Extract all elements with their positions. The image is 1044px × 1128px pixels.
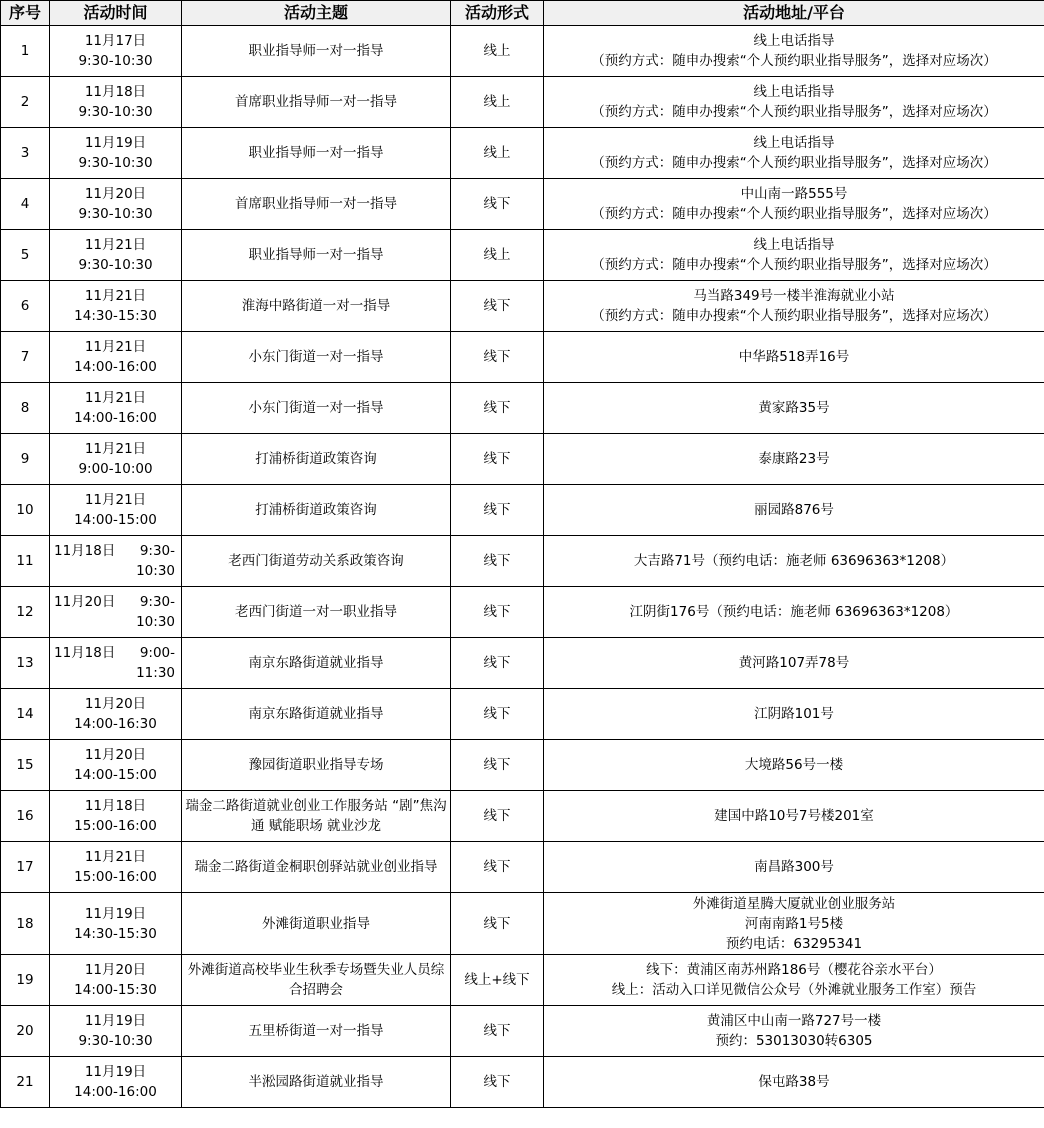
cell-topic: 职业指导师一对一指导 (182, 128, 451, 179)
cell-address: 泰康路23号 (544, 434, 1044, 485)
cell-address-line: 南昌路300号 (546, 857, 1042, 877)
table-row: 2111月19日14:00-16:00半淞园路街道就业指导线下保屯路38号 (1, 1057, 1044, 1108)
cell-no: 6 (1, 281, 50, 332)
cell-topic-text: 老西门街道劳动关系政策咨询 (184, 551, 448, 571)
cell-no: 8 (1, 383, 50, 434)
cell-format: 线下 (451, 179, 544, 230)
cell-time-range: 14:30-15:30 (52, 924, 179, 944)
cell-no: 17 (1, 842, 50, 893)
cell-address: 黄河路107弄78号 (544, 638, 1044, 689)
cell-topic: 职业指导师一对一指导 (182, 26, 451, 77)
table-row: 2011月19日9:30-10:30五里桥街道一对一指导线下黄浦区中山南一路72… (1, 1006, 1044, 1057)
cell-time-range: 9:30-10:30 (52, 102, 179, 122)
cell-time-range: 14:00-16:30 (52, 714, 179, 734)
cell-no: 1 (1, 26, 50, 77)
cell-topic-text: 小东门街道一对一指导 (184, 398, 448, 418)
cell-time: 11月19日9:30-10:30 (50, 1006, 182, 1057)
cell-address: 大境路56号一楼 (544, 740, 1044, 791)
cell-date: 11月19日 (52, 133, 179, 153)
cell-date: 11月18日 (52, 82, 179, 102)
cell-no: 15 (1, 740, 50, 791)
cell-address-line: 线上电话指导 (546, 82, 1042, 102)
cell-no: 11 (1, 536, 50, 587)
cell-topic-text: 首席职业指导师一对一指导 (184, 194, 448, 214)
cell-topic-text: 打浦桥街道政策咨询 (184, 500, 448, 520)
time-inline-block: 11月18日9:00-11:30 (52, 643, 179, 683)
cell-time: 11月20日9:30-10:30 (50, 587, 182, 638)
cell-date: 11月18日 (52, 643, 115, 663)
cell-topic: 豫园街道职业指导专场 (182, 740, 451, 791)
cell-topic: 南京东路街道就业指导 (182, 638, 451, 689)
cell-format: 线下 (451, 638, 544, 689)
cell-no: 13 (1, 638, 50, 689)
cell-topic-text: 淮海中路街道一对一指导 (184, 296, 448, 316)
cell-address: 中山南一路555号（预约方式：随申办搜索“个人预约职业指导服务”，选择对应场次） (544, 179, 1044, 230)
cell-topic-text: 首席职业指导师一对一指导 (184, 92, 448, 112)
cell-address: 南昌路300号 (544, 842, 1044, 893)
cell-topic: 首席职业指导师一对一指导 (182, 179, 451, 230)
cell-time: 11月19日9:30-10:30 (50, 128, 182, 179)
table-row: 1411月20日14:00-16:30南京东路街道就业指导线下江阴路101号 (1, 689, 1044, 740)
cell-no: 19 (1, 955, 50, 1006)
cell-date: 11月21日 (52, 235, 179, 255)
cell-date: 11月18日 (52, 541, 115, 561)
cell-time: 11月18日9:30-10:30 (50, 77, 182, 128)
cell-address: 黄浦区中山南一路727号一楼预约：53013030转6305 (544, 1006, 1044, 1057)
cell-address: 线上电话指导（预约方式：随申办搜索“个人预约职业指导服务”，选择对应场次） (544, 77, 1044, 128)
cell-topic-text: 五里桥街道一对一指导 (184, 1021, 448, 1041)
cell-topic-text: 瑞金二路街道就业创业工作服务站 “剧”焦沟通 赋能职场 就业沙龙 (184, 796, 448, 836)
header-format: 活动形式 (451, 1, 544, 26)
table-row: 911月21日9:00-10:00打浦桥街道政策咨询线下泰康路23号 (1, 434, 1044, 485)
cell-topic-text: 南京东路街道就业指导 (184, 653, 448, 673)
cell-address: 保屯路38号 (544, 1057, 1044, 1108)
cell-format: 线下 (451, 689, 544, 740)
cell-address-line: 黄河路107弄78号 (546, 653, 1042, 673)
cell-address: 黄家路35号 (544, 383, 1044, 434)
cell-time: 11月20日9:30-10:30 (50, 179, 182, 230)
cell-time-range: 14:00-15:00 (52, 510, 179, 530)
cell-topic-text: 老西门街道一对一职业指导 (184, 602, 448, 622)
cell-format: 线下 (451, 842, 544, 893)
cell-address: 江阴路101号 (544, 689, 1044, 740)
cell-address-line: （预约方式：随申办搜索“个人预约职业指导服务”，选择对应场次） (546, 255, 1042, 275)
cell-topic: 职业指导师一对一指导 (182, 230, 451, 281)
cell-time-range: 9:30-10:30 (52, 1031, 179, 1051)
table-row: 1011月21日14:00-15:00打浦桥街道政策咨询线下丽园路876号 (1, 485, 1044, 536)
cell-time: 11月21日9:00-10:00 (50, 434, 182, 485)
cell-time: 11月19日14:30-15:30 (50, 893, 182, 955)
cell-time-range: 9:30-10:30 (136, 594, 175, 630)
cell-time: 11月18日9:00-11:30 (50, 638, 182, 689)
cell-address: 中华路518弄16号 (544, 332, 1044, 383)
cell-date: 11月20日 (52, 694, 179, 714)
cell-time: 11月21日9:30-10:30 (50, 230, 182, 281)
table-row: 611月21日14:30-15:30淮海中路街道一对一指导线下马当路349号一楼… (1, 281, 1044, 332)
cell-topic: 五里桥街道一对一指导 (182, 1006, 451, 1057)
cell-format: 线上 (451, 26, 544, 77)
cell-address-line: 黄家路35号 (546, 398, 1042, 418)
cell-format: 线下 (451, 536, 544, 587)
table-row: 411月20日9:30-10:30首席职业指导师一对一指导线下中山南一路555号… (1, 179, 1044, 230)
cell-address-line: 保屯路38号 (546, 1072, 1042, 1092)
cell-time-range: 15:00-16:00 (52, 867, 179, 887)
header-row: 序号 活动时间 活动主题 活动形式 活动地址/平台 (1, 1, 1044, 26)
cell-topic-text: 职业指导师一对一指导 (184, 41, 448, 61)
cell-time-range: 14:00-16:00 (52, 408, 179, 428)
table-row: 811月21日14:00-16:00小东门街道一对一指导线下黄家路35号 (1, 383, 1044, 434)
cell-no: 14 (1, 689, 50, 740)
cell-date: 11月21日 (52, 490, 179, 510)
time-inline-block: 11月18日9:30-10:30 (52, 541, 179, 581)
cell-address-line: （预约方式：随申办搜索“个人预约职业指导服务”，选择对应场次） (546, 306, 1042, 326)
cell-time: 11月21日15:00-16:00 (50, 842, 182, 893)
cell-time-range: 9:30-10:30 (52, 204, 179, 224)
cell-address-line: 预约电话：63295341 (546, 934, 1042, 954)
cell-time: 11月21日14:00-15:00 (50, 485, 182, 536)
table-row: 1111月18日9:30-10:30老西门街道劳动关系政策咨询线下大吉路71号（… (1, 536, 1044, 587)
cell-format: 线下 (451, 791, 544, 842)
cell-time: 11月18日15:00-16:00 (50, 791, 182, 842)
cell-date: 11月21日 (52, 388, 179, 408)
cell-topic: 首席职业指导师一对一指导 (182, 77, 451, 128)
cell-time-range: 9:00-10:00 (52, 459, 179, 479)
cell-address-line: 外滩街道星腾大厦就业创业服务站 (546, 894, 1042, 914)
cell-format: 线下 (451, 332, 544, 383)
cell-no: 20 (1, 1006, 50, 1057)
cell-topic: 老西门街道劳动关系政策咨询 (182, 536, 451, 587)
cell-topic: 小东门街道一对一指导 (182, 383, 451, 434)
cell-address: 马当路349号一楼半淮海就业小站（预约方式：随申办搜索“个人预约职业指导服务”，… (544, 281, 1044, 332)
cell-address: 建国中路10号7号楼201室 (544, 791, 1044, 842)
cell-time-range: 14:00-16:00 (52, 1082, 179, 1102)
cell-time-range: 9:30-10:30 (52, 51, 179, 71)
cell-topic: 瑞金二路街道金桐职创驿站就业创业指导 (182, 842, 451, 893)
table-body: 111月17日9:30-10:30职业指导师一对一指导线上线上电话指导（预约方式… (1, 26, 1044, 1108)
cell-date: 11月19日 (52, 904, 179, 924)
cell-format: 线上 (451, 128, 544, 179)
cell-format: 线下 (451, 485, 544, 536)
cell-time-range: 9:30-10:30 (52, 153, 179, 173)
cell-address-line: 泰康路23号 (546, 449, 1042, 469)
cell-address-line: （预约方式：随申办搜索“个人预约职业指导服务”，选择对应场次） (546, 204, 1042, 224)
cell-time: 11月19日14:00-16:00 (50, 1057, 182, 1108)
table-row: 111月17日9:30-10:30职业指导师一对一指导线上线上电话指导（预约方式… (1, 26, 1044, 77)
cell-format: 线下 (451, 434, 544, 485)
cell-no: 12 (1, 587, 50, 638)
cell-time: 11月21日14:30-15:30 (50, 281, 182, 332)
cell-format: 线下 (451, 1057, 544, 1108)
cell-date: 11月17日 (52, 31, 179, 51)
cell-time: 11月20日14:00-15:30 (50, 955, 182, 1006)
cell-time-range: 9:30-10:30 (136, 543, 175, 579)
cell-no: 7 (1, 332, 50, 383)
cell-time: 11月20日14:00-15:00 (50, 740, 182, 791)
cell-address-line: 线上：活动入口详见微信公众号（外滩就业服务工作室）预告 (546, 980, 1042, 1000)
cell-topic: 外滩街道高校毕业生秋季专场暨失业人员综合招聘会 (182, 955, 451, 1006)
cell-date: 11月19日 (52, 1011, 179, 1031)
header-no: 序号 (1, 1, 50, 26)
cell-address: 线上电话指导（预约方式：随申办搜索“个人预约职业指导服务”，选择对应场次） (544, 230, 1044, 281)
cell-time-range: 14:00-15:00 (52, 765, 179, 785)
cell-topic-text: 豫园街道职业指导专场 (184, 755, 448, 775)
cell-no: 4 (1, 179, 50, 230)
cell-date: 11月21日 (52, 439, 179, 459)
cell-format: 线上 (451, 77, 544, 128)
cell-address: 线上电话指导（预约方式：随申办搜索“个人预约职业指导服务”，选择对应场次） (544, 26, 1044, 77)
cell-topic-text: 小东门街道一对一指导 (184, 347, 448, 367)
table-row: 1211月20日9:30-10:30老西门街道一对一职业指导线下江阴街176号（… (1, 587, 1044, 638)
cell-no: 2 (1, 77, 50, 128)
cell-format: 线下 (451, 383, 544, 434)
cell-address-line: 江阴街176号（预约电话：施老师 63696363*1208） (546, 602, 1042, 622)
cell-time-range: 9:30-10:30 (52, 255, 179, 275)
cell-address-line: 丽园路876号 (546, 500, 1042, 520)
cell-address-line: （预约方式：随申办搜索“个人预约职业指导服务”，选择对应场次） (546, 51, 1042, 71)
cell-time: 11月20日14:00-16:30 (50, 689, 182, 740)
table-row: 1311月18日9:00-11:30南京东路街道就业指导线下黄河路107弄78号 (1, 638, 1044, 689)
cell-topic: 老西门街道一对一职业指导 (182, 587, 451, 638)
cell-topic: 打浦桥街道政策咨询 (182, 485, 451, 536)
cell-topic: 瑞金二路街道就业创业工作服务站 “剧”焦沟通 赋能职场 就业沙龙 (182, 791, 451, 842)
cell-format: 线下 (451, 281, 544, 332)
cell-topic-text: 外滩街道高校毕业生秋季专场暨失业人员综合招聘会 (184, 960, 448, 1000)
cell-address-line: （预约方式：随申办搜索“个人预约职业指导服务”，选择对应场次） (546, 102, 1042, 122)
cell-address-line: 大境路56号一楼 (546, 755, 1042, 775)
cell-address-line: 线上电话指导 (546, 31, 1042, 51)
table-row: 711月21日14:00-16:00小东门街道一对一指导线下中华路518弄16号 (1, 332, 1044, 383)
cell-address: 大吉路71号（预约电话：施老师 63696363*1208） (544, 536, 1044, 587)
table-row: 1811月19日14:30-15:30外滩街道职业指导线下外滩街道星腾大厦就业创… (1, 893, 1044, 955)
cell-address-line: 建国中路10号7号楼201室 (546, 806, 1042, 826)
table-row: 1611月18日15:00-16:00瑞金二路街道就业创业工作服务站 “剧”焦沟… (1, 791, 1044, 842)
cell-address: 线上电话指导（预约方式：随申办搜索“个人预约职业指导服务”，选择对应场次） (544, 128, 1044, 179)
cell-topic-text: 半淞园路街道就业指导 (184, 1072, 448, 1092)
cell-topic-text: 职业指导师一对一指导 (184, 245, 448, 265)
table-row: 1711月21日15:00-16:00瑞金二路街道金桐职创驿站就业创业指导线下南… (1, 842, 1044, 893)
cell-time: 11月21日14:00-16:00 (50, 332, 182, 383)
cell-date: 11月19日 (52, 1062, 179, 1082)
time-inline-block: 11月20日9:30-10:30 (52, 592, 179, 632)
table-row: 311月19日9:30-10:30职业指导师一对一指导线上线上电话指导（预约方式… (1, 128, 1044, 179)
cell-address-line: 预约：53013030转6305 (546, 1031, 1042, 1051)
cell-address-line: 中山南一路555号 (546, 184, 1042, 204)
cell-address-line: 黄浦区中山南一路727号一楼 (546, 1011, 1042, 1031)
cell-format: 线下 (451, 893, 544, 955)
cell-address: 外滩街道星腾大厦就业创业服务站河南南路1号5楼预约电话：63295341 (544, 893, 1044, 955)
cell-time-range: 14:00-15:30 (52, 980, 179, 1000)
cell-address-line: 线上电话指导 (546, 133, 1042, 153)
cell-date: 11月20日 (52, 592, 115, 612)
cell-topic: 南京东路街道就业指导 (182, 689, 451, 740)
cell-date: 11月21日 (52, 847, 179, 867)
cell-address: 丽园路876号 (544, 485, 1044, 536)
cell-topic: 外滩街道职业指导 (182, 893, 451, 955)
cell-topic: 淮海中路街道一对一指导 (182, 281, 451, 332)
cell-address-line: 河南南路1号5楼 (546, 914, 1042, 934)
table-row: 211月18日9:30-10:30首席职业指导师一对一指导线上线上电话指导（预约… (1, 77, 1044, 128)
cell-no: 21 (1, 1057, 50, 1108)
cell-topic-text: 瑞金二路街道金桐职创驿站就业创业指导 (184, 857, 448, 877)
cell-format: 线下 (451, 587, 544, 638)
cell-address-line: 中华路518弄16号 (546, 347, 1042, 367)
cell-date: 11月21日 (52, 337, 179, 357)
cell-topic: 打浦桥街道政策咨询 (182, 434, 451, 485)
cell-time: 11月18日9:30-10:30 (50, 536, 182, 587)
cell-address-line: 线下：黄浦区南苏州路186号（樱花谷亲水平台） (546, 960, 1042, 980)
cell-date: 11月21日 (52, 286, 179, 306)
cell-time-range: 9:00-11:30 (136, 645, 175, 681)
cell-address-line: 江阴路101号 (546, 704, 1042, 724)
cell-time: 11月17日9:30-10:30 (50, 26, 182, 77)
header-address: 活动地址/平台 (544, 1, 1044, 26)
cell-topic-text: 职业指导师一对一指导 (184, 143, 448, 163)
cell-no: 3 (1, 128, 50, 179)
cell-date: 11月20日 (52, 745, 179, 765)
cell-date: 11月18日 (52, 796, 179, 816)
cell-date: 11月20日 (52, 960, 179, 980)
cell-format: 线下 (451, 1006, 544, 1057)
cell-address-line: 大吉路71号（预约电话：施老师 63696363*1208） (546, 551, 1042, 571)
cell-topic: 小东门街道一对一指导 (182, 332, 451, 383)
cell-date: 11月20日 (52, 184, 179, 204)
cell-format: 线上+线下 (451, 955, 544, 1006)
cell-address: 线下：黄浦区南苏州路186号（樱花谷亲水平台）线上：活动入口详见微信公众号（外滩… (544, 955, 1044, 1006)
cell-time-range: 14:30-15:30 (52, 306, 179, 326)
cell-format: 线上 (451, 230, 544, 281)
cell-topic: 半淞园路街道就业指导 (182, 1057, 451, 1108)
cell-no: 18 (1, 893, 50, 955)
cell-format: 线下 (451, 740, 544, 791)
cell-no: 9 (1, 434, 50, 485)
cell-topic-text: 南京东路街道就业指导 (184, 704, 448, 724)
cell-no: 5 (1, 230, 50, 281)
cell-address-line: 线上电话指导 (546, 235, 1042, 255)
header-time: 活动时间 (50, 1, 182, 26)
activity-schedule-table: 序号 活动时间 活动主题 活动形式 活动地址/平台 111月17日9:30-10… (0, 0, 1044, 1108)
cell-no: 16 (1, 791, 50, 842)
cell-topic-text: 打浦桥街道政策咨询 (184, 449, 448, 469)
cell-address-line: 马当路349号一楼半淮海就业小站 (546, 286, 1042, 306)
table-row: 1911月20日14:00-15:30外滩街道高校毕业生秋季专场暨失业人员综合招… (1, 955, 1044, 1006)
cell-topic-text: 外滩街道职业指导 (184, 914, 448, 934)
cell-address: 江阴街176号（预约电话：施老师 63696363*1208） (544, 587, 1044, 638)
cell-time: 11月21日14:00-16:00 (50, 383, 182, 434)
table-row: 1511月20日14:00-15:00豫园街道职业指导专场线下大境路56号一楼 (1, 740, 1044, 791)
cell-time-range: 14:00-16:00 (52, 357, 179, 377)
table-row: 511月21日9:30-10:30职业指导师一对一指导线上线上电话指导（预约方式… (1, 230, 1044, 281)
cell-no: 10 (1, 485, 50, 536)
header-topic: 活动主题 (182, 1, 451, 26)
cell-time-range: 15:00-16:00 (52, 816, 179, 836)
cell-address-line: （预约方式：随申办搜索“个人预约职业指导服务”，选择对应场次） (546, 153, 1042, 173)
